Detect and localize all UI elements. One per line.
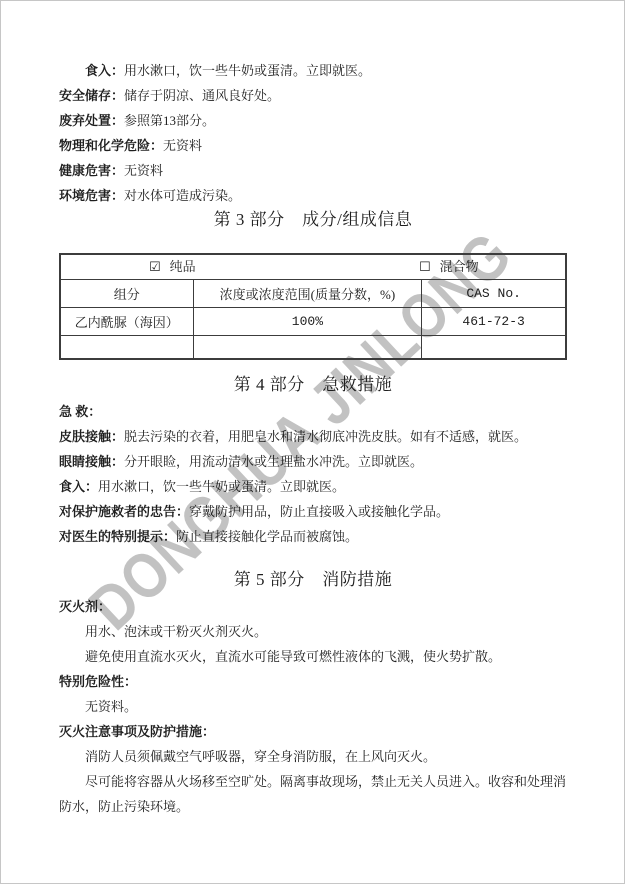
- line-label: 对医生的特别提示：: [59, 529, 176, 544]
- table-header-row: 组分 浓度或浓度范围(质量分数，%) CAS No.: [60, 280, 566, 308]
- empty-cell: [193, 336, 422, 360]
- empty-cell: [60, 336, 193, 360]
- table-row-empty: [60, 336, 566, 360]
- s5-line-avoid-straight-water: 避免使用直流水灭火，直流水可能导致可燃性液体的飞溅，使火势扩散。: [59, 644, 567, 669]
- line-label: 食入：: [85, 63, 124, 78]
- intro-line-physical-chemical-hazard: 物理和化学危险：无资料: [59, 133, 567, 158]
- composition-table: ☑纯品 ☐混合物 组分 浓度或浓度范围(质量分数，%) CAS No. 乙内酰脲…: [59, 253, 567, 360]
- line-text: 穿戴防护用品，防止直接吸入或接触化学品。: [189, 504, 449, 519]
- line-label: 健康危害：: [59, 163, 124, 178]
- intro-line-safe-storage: 安全储存：储存于阴凉、通风良好处。: [59, 83, 567, 108]
- line-label: 灭火剂：: [59, 599, 111, 614]
- s5-line-breathing-apparatus: 消防人员须佩戴空气呼吸器，穿全身消防服，在上风向灭火。: [59, 744, 567, 769]
- s5-line-move-containers: 尽可能将容器从火场移至空旷处。隔离事故现场，禁止无关人员进入。收容和处理消防水，…: [59, 769, 567, 819]
- line-text: 用水漱口，饮一些牛奶或蛋清。立即就医。: [98, 479, 345, 494]
- line-label: 对保护施救者的忠告：: [59, 504, 189, 519]
- line-text: 分开眼睑，用流动清水或生理盐水冲洗。立即就医。: [124, 454, 423, 469]
- line-text: 参照第13部分。: [124, 113, 215, 128]
- line-text: 脱去污染的衣着，用肥皂水和清水彻底冲洗皮肤。如有不适感，就医。: [124, 429, 527, 444]
- table-row-product-type: ☑纯品 ☐混合物: [60, 254, 566, 280]
- s4-line-rescuer-advice: 对保护施救者的忠告：穿戴防护用品，防止直接吸入或接触化学品。: [59, 499, 567, 524]
- line-text: 对水体可造成污染。: [124, 188, 241, 203]
- s5-line-firefighting-precautions: 灭火注意事项及防护措施：: [59, 719, 567, 744]
- line-label: 安全储存：: [59, 88, 124, 103]
- cell-concentration: 100%: [193, 308, 422, 336]
- col-header-cas: CAS No.: [422, 280, 566, 308]
- product-type-cell: ☑纯品 ☐混合物: [60, 254, 566, 280]
- line-text: 用水漱口，饮一些牛奶或蛋清。立即就医。: [124, 63, 371, 78]
- unchecked-checkbox-icon: ☐: [419, 260, 431, 275]
- pure-product-option: ☑纯品: [149, 255, 196, 279]
- checked-checkbox-icon: ☑: [149, 260, 161, 275]
- line-text: 无资料: [163, 138, 202, 153]
- intro-line-disposal: 废弃处置：参照第13部分。: [59, 108, 567, 133]
- table-row-hydantoin: 乙内酰脲（海因） 100% 461-72-3: [60, 308, 566, 336]
- intro-line-environment-hazard: 环境危害：对水体可造成污染。: [59, 183, 567, 208]
- line-label: 眼睛接触：: [59, 454, 124, 469]
- page-content: 食入：用水漱口，饮一些牛奶或蛋清。立即就医。 安全储存：储存于阴凉、通风良好处。…: [1, 1, 624, 819]
- line-label: 食入：: [59, 479, 98, 494]
- mixture-label: 混合物: [440, 259, 479, 274]
- cell-component-name: 乙内酰脲（海因）: [60, 308, 193, 336]
- col-header-concentration: 浓度或浓度范围(质量分数，%): [193, 280, 422, 308]
- document-page: DONGHUA JINLONG 食入：用水漱口，饮一些牛奶或蛋清。立即就医。 安…: [0, 0, 625, 884]
- s5-line-extinguishing-agent: 灭火剂：: [59, 594, 567, 619]
- s4-line-ingestion: 食入：用水漱口，饮一些牛奶或蛋清。立即就医。: [59, 474, 567, 499]
- line-text: 消防人员须佩戴空气呼吸器，穿全身消防服，在上风向灭火。: [85, 749, 436, 764]
- line-label: 环境危害：: [59, 188, 124, 203]
- col-header-component: 组分: [60, 280, 193, 308]
- s5-line-no-data: 无资料。: [59, 694, 567, 719]
- line-label: 灭火注意事项及防护措施：: [59, 724, 215, 739]
- line-text: 避免使用直流水灭火，直流水可能导致可燃性液体的飞溅，使火势扩散。: [85, 649, 501, 664]
- section5-title: 第 5 部分 消防措施: [59, 568, 567, 592]
- cell-cas-number: 461-72-3: [422, 308, 566, 336]
- section4-title: 第 4 部分 急救措施: [59, 373, 567, 397]
- line-text: 储存于阴凉、通风良好处。: [124, 88, 280, 103]
- section3-title: 第 3 部分 成分/组成信息: [59, 208, 567, 232]
- s4-line-skin-contact: 皮肤接触：脱去污染的衣着，用肥皂水和清水彻底冲洗皮肤。如有不适感，就医。: [59, 424, 567, 449]
- line-label: 皮肤接触：: [59, 429, 124, 444]
- empty-cell: [422, 336, 566, 360]
- line-text: 尽可能将容器从火场移至空旷处。隔离事故现场，禁止无关人员进入。收容和处理消防水，…: [59, 774, 566, 814]
- s4-line-doctor-note: 对医生的特别提示：防止直接接触化学品而被腐蚀。: [59, 524, 567, 549]
- s4-line-eye-contact: 眼睛接触：分开眼睑，用流动清水或生理盐水冲洗。立即就医。: [59, 449, 567, 474]
- s5-line-use-water-foam: 用水、泡沫或干粉灭火剂灭火。: [59, 619, 567, 644]
- intro-line-ingestion: 食入：用水漱口，饮一些牛奶或蛋清。立即就医。: [59, 58, 567, 83]
- s4-line-first-aid: 急 救：: [59, 399, 567, 424]
- s5-line-special-hazard: 特别危险性：: [59, 669, 567, 694]
- mixture-option: ☐混合物: [419, 255, 479, 279]
- line-text: 用水、泡沫或干粉灭火剂灭火。: [85, 624, 267, 639]
- line-label: 特别危险性：: [59, 674, 137, 689]
- line-label: 废弃处置：: [59, 113, 124, 128]
- line-label: 物理和化学危险：: [59, 138, 163, 153]
- line-label: 急 救：: [59, 404, 101, 419]
- line-text: 防止直接接触化学品而被腐蚀。: [176, 529, 358, 544]
- intro-line-health-hazard: 健康危害：无资料: [59, 158, 567, 183]
- line-text: 无资料。: [85, 699, 137, 714]
- pure-product-label: 纯品: [170, 259, 196, 274]
- line-text: 无资料: [124, 163, 163, 178]
